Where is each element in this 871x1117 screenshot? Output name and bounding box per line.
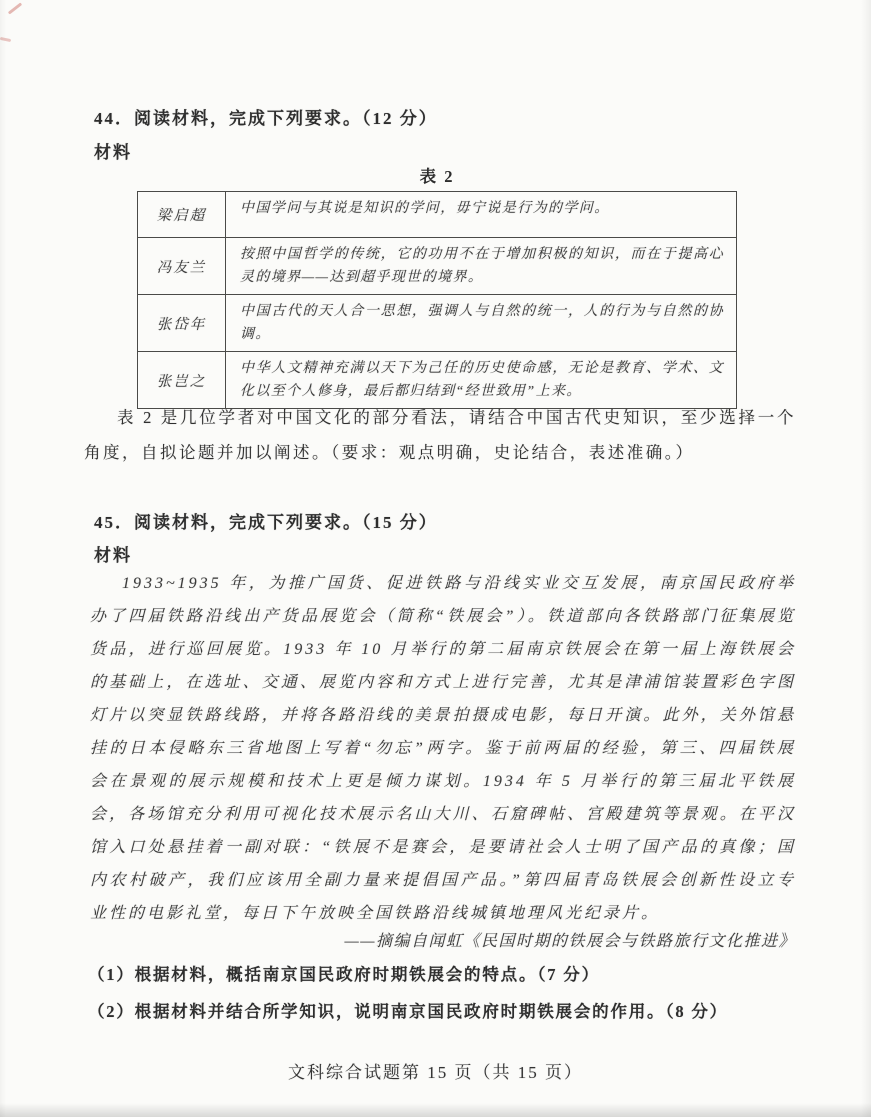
question-45-stem: 45．阅读材料，完成下列要求。（15 分） <box>94 508 804 533</box>
scholar-name-cell: 张岱年 <box>138 295 226 351</box>
scholar-name-cell: 梁启超 <box>138 192 226 237</box>
scholar-view-cell: 中国古代的天人合一思想，强调人与自然的统一，人的行为与自然的协调。 <box>226 295 736 351</box>
sub-question-2: （2）根据材料并结合所学知识，说明南京国民政府时期铁展会的作用。（8 分） <box>88 998 804 1022</box>
red-pen-mark <box>8 2 22 14</box>
question-44-stem: 44．阅读材料，完成下列要求。（12 分） <box>94 104 804 129</box>
scholar-name-cell: 冯友兰 <box>138 238 226 294</box>
question-44-material-label: 材料 <box>94 138 132 163</box>
scan-edge-shadow <box>0 0 6 1117</box>
table-row: 张岱年 中国古代的天人合一思想，强调人与自然的统一，人的行为与自然的协调。 <box>138 294 736 351</box>
material-source-citation: ——摘编自闻虹《民国时期的铁展会与铁路旅行文化推进》 <box>90 928 796 951</box>
table-row: 冯友兰 按照中国哲学的传统，它的功用不在于增加积极的知识，而在于提高心灵的境界—… <box>138 237 736 294</box>
exam-paper-page: 44．阅读材料，完成下列要求。（12 分） 材料 表 2 梁启超 中国学问与其说… <box>0 0 871 1117</box>
question-45-material-text: 1933~1935 年，为推广国货、促进铁路与沿线实业交互发展，南京国民政府举办… <box>90 567 796 930</box>
scholar-views-table: 梁启超 中国学问与其说是知识的学问，毋宁说是行为的学问。 冯友兰 按照中国哲学的… <box>137 191 737 409</box>
table-row: 梁启超 中国学问与其说是知识的学问，毋宁说是行为的学问。 <box>138 192 736 237</box>
question-44-task: 表 2 是几位学者对中国文化的部分看法，请结合中国古代史知识，至少选择一个角度，… <box>84 400 796 470</box>
scan-edge-shadow <box>0 1103 871 1117</box>
table-2-title: 表 2 <box>137 163 737 187</box>
scan-edge-shadow <box>861 0 871 1117</box>
question-45-material-label: 材料 <box>94 541 132 566</box>
scholar-view-cell: 中国学问与其说是知识的学问，毋宁说是行为的学问。 <box>226 192 736 237</box>
page-footer: 文科综合试题第 15 页（共 15 页） <box>0 1058 871 1083</box>
sub-question-1: （1）根据材料，概括南京国民政府时期铁展会的特点。（7 分） <box>88 961 804 985</box>
scholar-view-cell: 按照中国哲学的传统，它的功用不在于增加积极的知识，而在于提高心灵的境界——达到超… <box>226 238 736 294</box>
